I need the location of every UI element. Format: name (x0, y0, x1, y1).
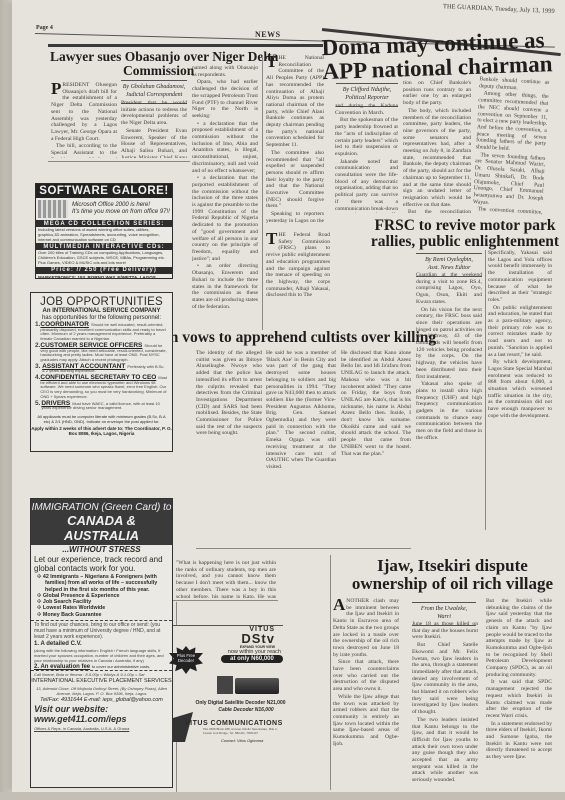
osun-bottom-rule (173, 600, 278, 601)
article-text: The body, which included members of the … (403, 108, 471, 209)
strip-multimedia: MULTIMEDIA INTERACTIVE CDs: (36, 243, 172, 250)
doma-column-2: and during the Kaduna Convention in Marc… (335, 103, 398, 213)
article-text: He disclosed that Kano alone be identifi… (341, 350, 411, 457)
article-text: But the reconciliation committee said si… (403, 209, 471, 213)
strip-mega-cd: MEGA CD COLLECTION SERIES: (36, 220, 172, 227)
office-hours: Call Nnene, Bola or Ifeoma : 8-5.00p = W… (31, 670, 172, 678)
company-address: Plot 2666 Block 188, Amuwo Odofin New Es… (203, 728, 283, 735)
job-item-secretary: 4. CONFIDENTIAL SECRETARY TO CEOMust be … (31, 375, 172, 401)
article-text: • a declaration that the purported estab… (192, 175, 258, 262)
headline-line-1: FRSC to revive motor park (374, 217, 555, 234)
byline-author: By Clifford Ndujihe, (336, 87, 398, 95)
osun-column-3: He disclosed that Kano alone be identifi… (341, 350, 411, 545)
article-text: The two leaders insisted that Kantu belo… (412, 717, 478, 784)
article-text: By which development, Lagos State Specia… (488, 359, 552, 419)
decoder-remote-icon (217, 676, 233, 694)
decoder-box-icon (235, 678, 279, 694)
article-text: On public enlightenment and education, h… (488, 305, 552, 359)
ad-price: at only N60,000 (221, 655, 283, 663)
article-text: But Chief Satelle Ekowomi and Mr. Felix … (412, 642, 478, 716)
office-locations: Offices & Reps. in Canada, Australia, U.… (31, 725, 172, 732)
requirement-desc: (along with the following information: E… (31, 647, 172, 664)
software-boxes-icon (38, 200, 68, 218)
ad-tagline: ...WITHOUT STRESS (31, 545, 172, 554)
article-text: But the Itsekiri while debunking the cla… (486, 598, 552, 678)
headline-line-2: ownership of oil rich village (352, 574, 553, 593)
article-text: The committee also recommended that "all… (266, 150, 324, 210)
article-text: While the Ijaw allege that the town was … (333, 694, 399, 748)
column-divider (262, 55, 263, 330)
ijaw-column-2: June 18 as those killed on that day and … (412, 621, 478, 789)
osun-column-2: He said he was a member of 'Black Axe' i… (266, 350, 336, 545)
doma-column-1: THE National Reconciliation Committee of… (266, 55, 324, 225)
satellite-dish-icon (173, 712, 193, 742)
dropcap: T (266, 55, 277, 69)
item-number: 3. (35, 365, 42, 374)
byline-role: Judicial Correspondent (121, 92, 187, 100)
headline-ijaw: Ijaw, Itsekiri dispute ownership of oil … (330, 557, 565, 593)
office-promo: Microsoft Office 2000 is here! It's time… (36, 198, 172, 220)
article-text: The bill, according to the Special Assis… (51, 143, 117, 158)
article-text: President that he would initiate actions… (121, 100, 187, 127)
bullet-text: Job Search Facility (43, 599, 91, 605)
ad-subtitle: An INTERNATIONAL SERVICE COMPANY (31, 308, 172, 315)
osun-rule (196, 548, 411, 549)
bullet-item: ✣ 42 Immigrants – Nigerians & Foreigners… (31, 574, 172, 593)
job-item-drivers: 5. DRIVERSMust have WAEC, a valid licenc… (31, 401, 172, 412)
article-text: Senate President Evan Enwerem, Speaker o… (121, 128, 187, 158)
ad-heading-line: CANADA & AUSTRALIA (31, 513, 172, 543)
headline-doma: Doma may continue as APP national chairm… (321, 28, 563, 85)
website-link[interactable]: Visit our website: www.get411.com/ieps (31, 703, 172, 725)
ad-header: IMMIGRATION (Green Card) to CANADA & AUS… (31, 499, 172, 545)
article-text: "What is happening here is not just with… (176, 560, 276, 598)
osun-column-4: "What is happening here is not just with… (176, 560, 276, 598)
article-text: Among other things, the committee recomm… (476, 91, 549, 155)
job-item-coordinator: 1. COORDINATORShould be well educated, r… (31, 322, 172, 343)
lawyer-column-3: named along with Obasanjo as respondents… (192, 65, 258, 330)
frsc-column-1: THE Federal Road Safety Commission (FRSC… (266, 232, 330, 327)
byline-author: By Remi Oyelegbin, (416, 257, 482, 265)
ad-instructions: To find out your chances, bring to our o… (31, 620, 172, 641)
decoder-price: Only Digital Satellite Decoder N21,000 (193, 700, 288, 706)
byline-author: From Ibe Uwaleke, (412, 606, 476, 614)
promo-line: Microsoft Office 2000 is here! (72, 202, 170, 209)
article-text: It was said that SPDC management rejecte… (486, 679, 552, 719)
ad-footer-address: MARKETRONICS: 153, BORNO WAY, E/WETTA, L… (36, 274, 172, 279)
frsc-column-2: Guardian at the weekend during a visit t… (416, 272, 482, 527)
bullet-text: Global Presence & Experience (43, 593, 120, 599)
article-text: But the spokesman of the party leadershi… (335, 117, 398, 157)
bullet-item: ✣ Money Back Guarantee (31, 612, 172, 618)
headline-frsc: FRSC to revive motor park rallies, publi… (365, 218, 565, 251)
column-divider (485, 250, 486, 530)
promo-line: It's time you move on from office 97!! (72, 209, 170, 216)
ad-title: JOB OPPORTUNITIES (31, 293, 172, 308)
ad-lead: Let our experience, track record and glo… (31, 554, 172, 574)
article-text: The seven founding fathers are Senator M… (473, 152, 546, 209)
article-text: Jakande noted that communication and con… (335, 159, 398, 213)
byline-author: By Gbolahan Gbadamosi, (121, 84, 187, 92)
lawyer-column-2: President that he would initiate actions… (121, 100, 187, 158)
byline-role: Political Reporter (336, 95, 398, 103)
ad-apply-address: Apply within 2 weeks of this advert date… (31, 426, 172, 437)
article-text: Guardian at the weekend during a visit t… (416, 272, 482, 306)
doma-column-4: Bankole should continue as deputy chairm… (473, 76, 550, 214)
job-item-customer-service: 2. CUSTOMER SERVICE OFFICERSShould be ve… (31, 343, 172, 364)
headline-line-2: rallies, public enlightenment (371, 233, 559, 250)
article-text: Specifically, Yakasai said the Lagos and… (488, 250, 552, 304)
article-text: Speaking to reporters yesterday in Lagos… (266, 211, 324, 225)
strip-body: Over 200 titles of Training CDs on compu… (36, 250, 172, 266)
dropcap: T (266, 232, 277, 246)
column-divider (330, 555, 331, 790)
article-text: and during the Kaduna Convention in Marc… (335, 103, 398, 116)
page-number: Page 4 (36, 25, 53, 31)
strip-price: Price: // 250 (Free Delivery) (36, 267, 172, 274)
requirement-title: 2. An evaluation fee (34, 664, 90, 670)
article-text: The identity of the alleged cultist was … (196, 350, 262, 437)
article-text: Since that attack, there have been count… (333, 659, 399, 693)
job-opportunities-ad: JOB OPPORTUNITIES An INTERNATIONAL SERVI… (30, 292, 173, 452)
headline-line-1: Ijaw, Itsekiri dispute (377, 556, 528, 575)
ad-requirements: All applicants must be computer literate… (31, 412, 172, 426)
dstv-logo: DStv (173, 633, 283, 645)
ad-title: SOFTWARE GALORE! (36, 184, 172, 198)
company-contact: Contact: Vitus Ogbonna (221, 738, 263, 743)
bullet-text: Money Back Guarantee (43, 612, 102, 618)
requirement-desc: to cover our administrative costs. (92, 664, 150, 669)
company-name: VITUS COMMUNICATIONS (185, 720, 295, 727)
article-text: June 18 as those killed on that day and … (412, 621, 478, 641)
ijaw-column-3: But the Itsekiri while debunking the cla… (486, 598, 552, 790)
company-name: INTERNATIONAL EXECUTIVE PLACEMENT SERVIC… (31, 678, 172, 685)
newspaper-spine (0, 0, 12, 800)
dropcap: P (51, 82, 61, 96)
immigration-ad: IMMIGRATION (Green Card) to CANADA & AUS… (30, 498, 173, 788)
dropcap: A (333, 598, 345, 612)
burst-text: Plus Free Decoder (177, 653, 195, 663)
article-text: Yakasai also spoke of plans to install u… (416, 381, 482, 441)
article-text: • a declaration that the proposed establ… (192, 121, 258, 175)
article-text: named along with Obasanjo as respondents… (192, 65, 258, 78)
company-address: 13, Adenubi Close, Off Mojisola Onikoyi … (31, 685, 172, 697)
article-text: In a statement endorsed by three elders … (486, 721, 552, 761)
office-promo-text: Microsoft Office 2000 is here! It's time… (72, 202, 170, 216)
osun-column-1: The identity of the alleged cultist was … (196, 350, 262, 545)
company-contact: Tel/Fax: 4931644 E-mail: ieps_global@yah… (31, 697, 172, 704)
doma-column-3: tion on Chief Bankole's position runs co… (403, 80, 471, 213)
cable-decoder-price: Cable Decoder N16,000 (201, 707, 291, 713)
article-text: He said he was a member of 'Black Axe' i… (266, 350, 336, 471)
article-text: tion on Chief Bankole's position runs co… (403, 80, 471, 107)
lawyer-column-1: PRESIDENT Olusegun Obasanjo's draft bill… (51, 82, 117, 158)
strip-body: Including latest versions of award winni… (36, 227, 172, 243)
vitus-dstv-ad: VITUS DStv EXPAND YOUR VIEW now within y… (173, 625, 283, 741)
bullet-text: Lowest Rates Worldwide (43, 605, 105, 611)
headline-line-1: Lawyer sues Obasanjo over Niger Delta (50, 49, 278, 64)
headline-osun: Osun vows to apprehend cultists over kil… (143, 330, 443, 346)
lawyer-bottom-rule (48, 161, 190, 162)
article-text: • an order directing Obasanjo, Enwerem a… (192, 263, 258, 310)
article-text: Opara, who had earlier challenged the de… (192, 79, 258, 119)
ijaw-column-1: ANOTHER clash may be imminent between th… (333, 598, 399, 788)
page-bottom-edge (0, 792, 565, 800)
frsc-column-3: Specifically, Yakasai said the Lagos and… (488, 250, 552, 525)
bullet-text: 42 Immigrants – Nigerians & Foreigners (… (43, 574, 157, 593)
ad-heading-line: IMMIGRATION (Green Card) to (31, 502, 172, 513)
section-label: NEWS (255, 30, 281, 39)
section-rule-left (48, 44, 323, 47)
software-galore-ad: SOFTWARE GALORE! Microsoft Office 2000 i… (35, 183, 173, 279)
